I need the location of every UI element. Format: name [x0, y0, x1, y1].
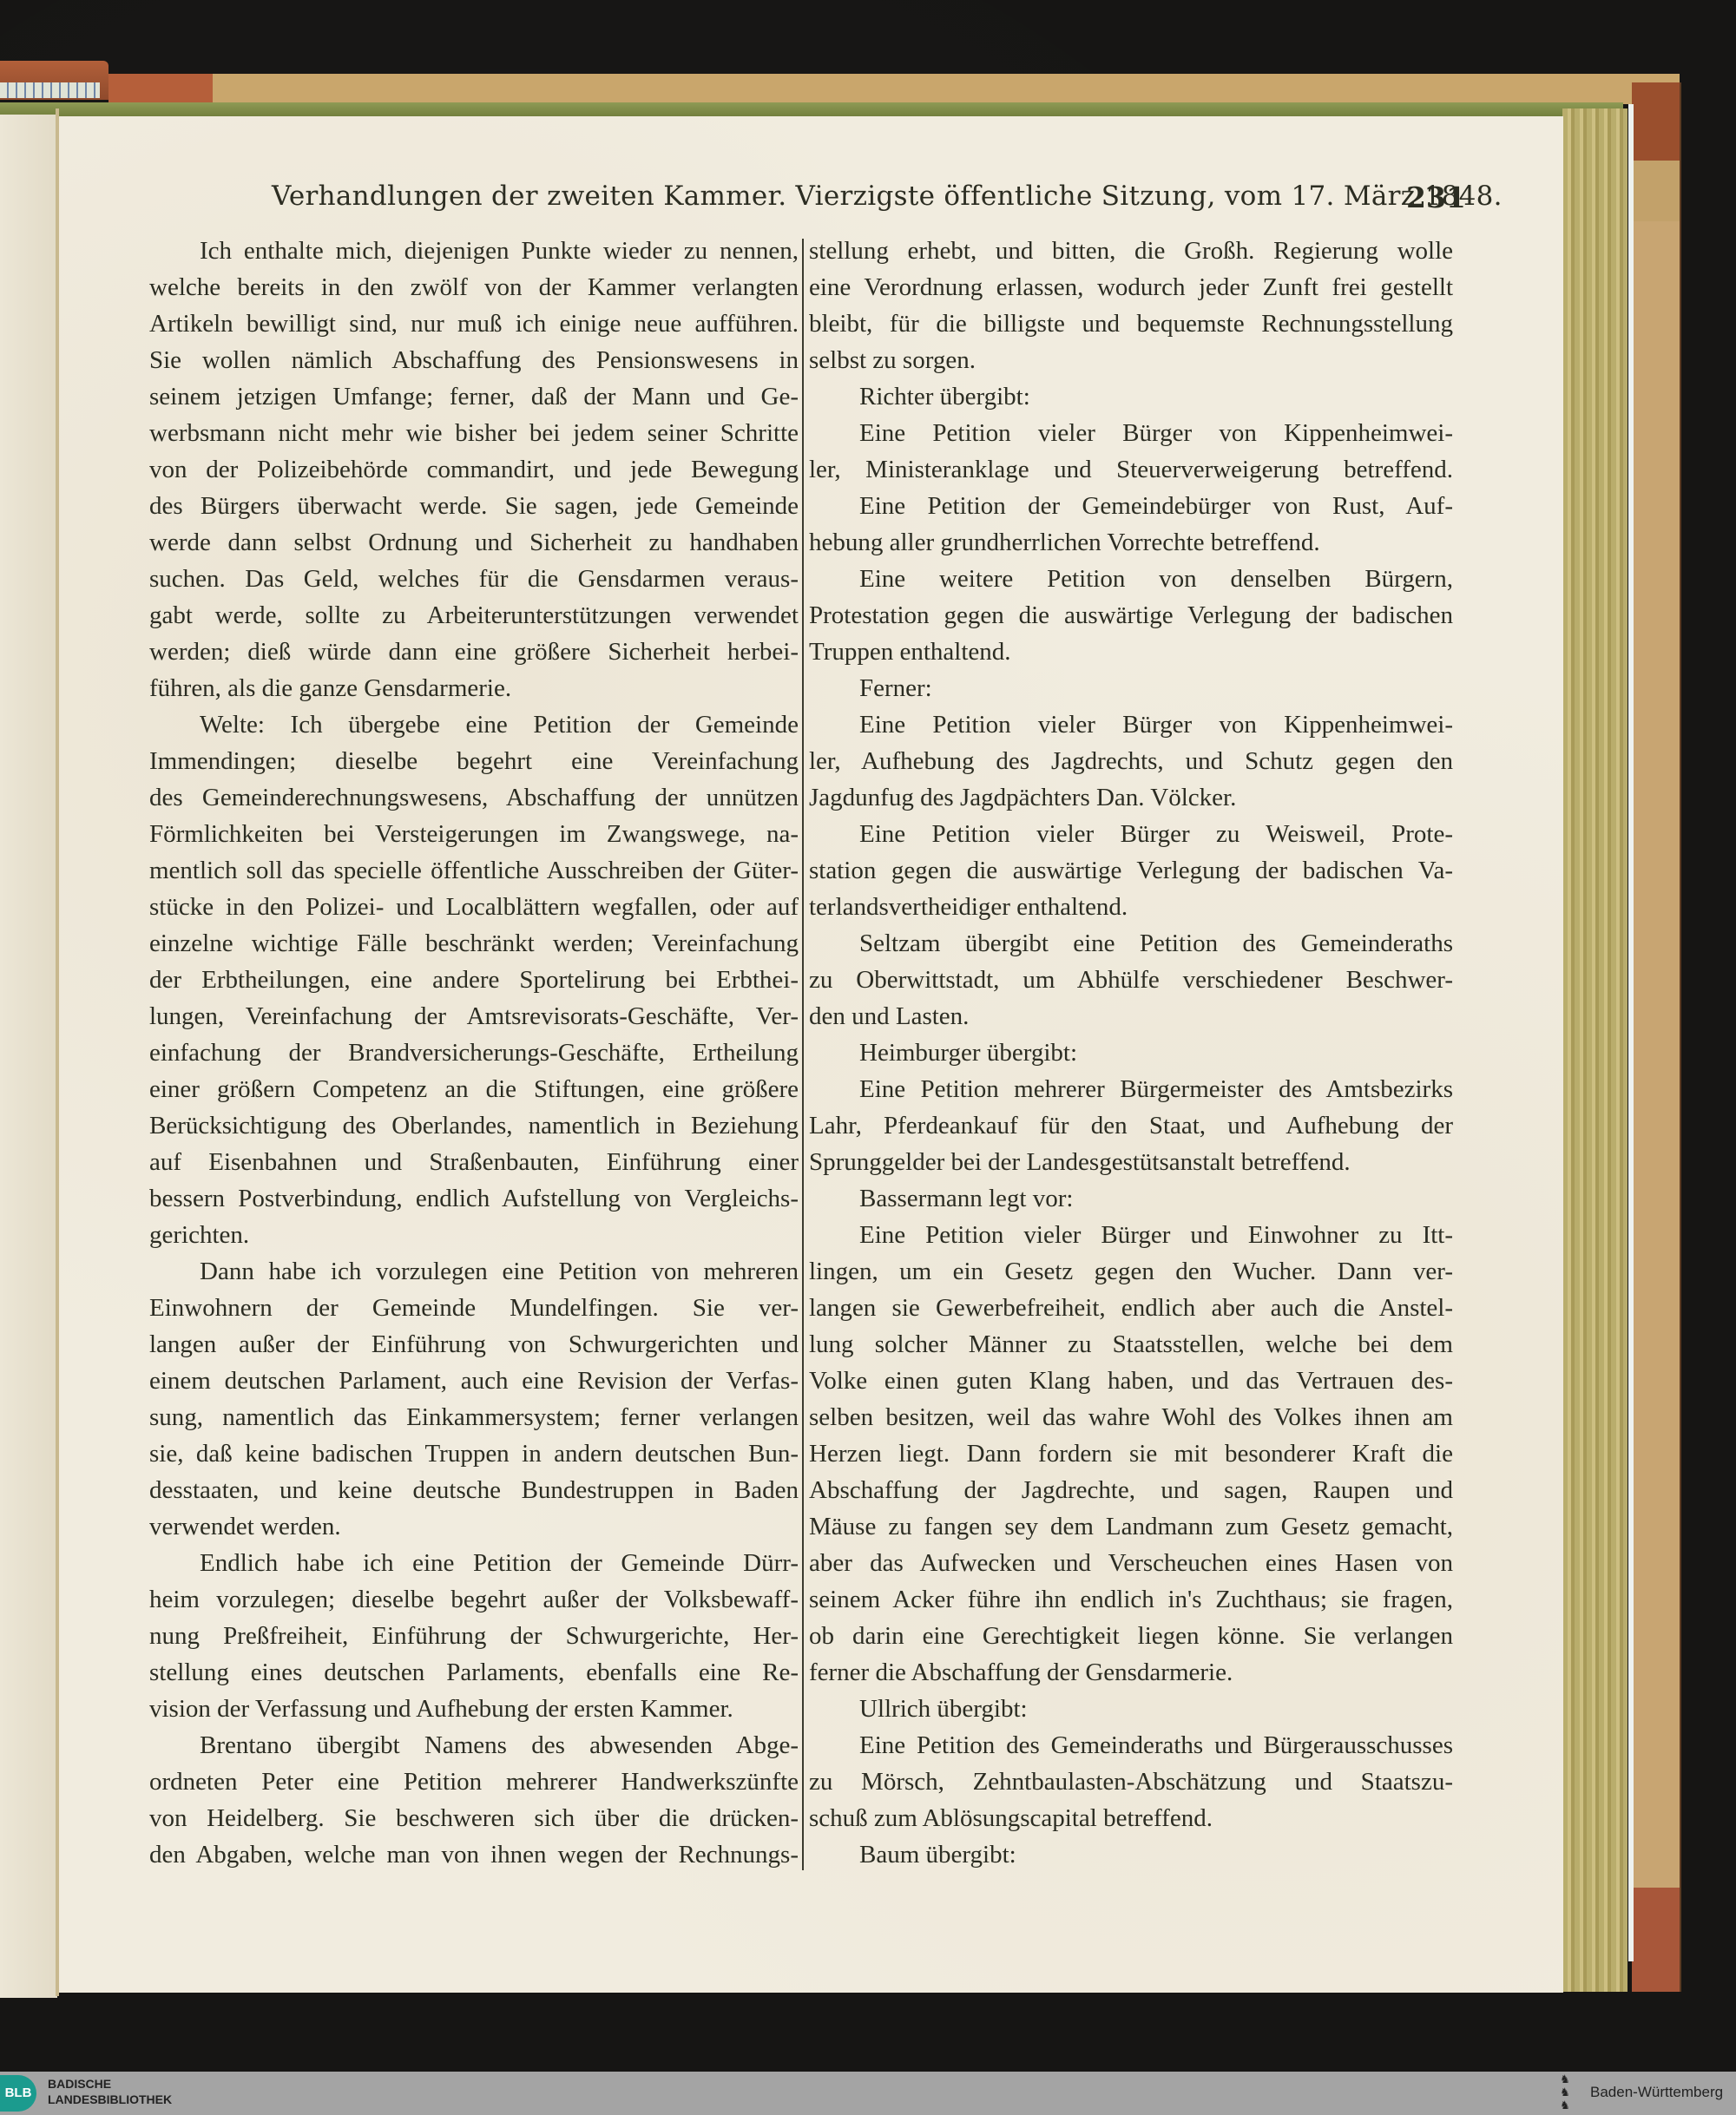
- text-line: selben besitzen, weil das wahre Wohl des…: [809, 1399, 1453, 1435]
- text-line: station gegen die auswärtige Verlegung d…: [809, 852, 1453, 889]
- text-line: sung, namentlich das Einkammersystem; fe…: [149, 1399, 799, 1435]
- text-line: Ich enthalte mich, diejenigen Punkte wie…: [149, 233, 799, 269]
- blb-logo-badge[interactable]: BLB: [0, 2075, 36, 2112]
- text-line: Eine Petition vieler Bürger zu Weisweil,…: [809, 816, 1453, 852]
- text-line: werden; dieß würde dann eine größere Sic…: [149, 634, 799, 670]
- text-line: Mäuse zu fangen sey dem Landmann zum Ges…: [809, 1508, 1453, 1545]
- text-line: gerichten.: [149, 1217, 799, 1253]
- text-line: desstaaten, und keine deutsche Bundestru…: [149, 1472, 799, 1508]
- text-line: ob darin eine Gerechtigkeit liegen könne…: [809, 1618, 1453, 1654]
- running-head: Verhandlungen der zweiten Kammer. Vierzi…: [272, 181, 1296, 212]
- text-line: lungen, Vereinfachung der Amtsrevisorats…: [149, 998, 799, 1035]
- text-line: Welte: Ich übergebe eine Petition der Ge…: [149, 706, 799, 743]
- viewer-footer-bar: [0, 2072, 1736, 2115]
- text-line: Ferner:: [809, 670, 1453, 706]
- text-line: Sie wollen nämlich Abschaffung des Pensi…: [149, 342, 799, 378]
- column-divider-rule: [802, 239, 804, 1870]
- text-line: Eine Petition vieler Bürger von Kippenhe…: [809, 415, 1453, 451]
- text-line: Eine Petition vieler Bürger und Einwohne…: [809, 1217, 1453, 1253]
- text-line: mentlich soll das specielle öffentliche …: [149, 852, 799, 889]
- text-line: Abschaffung der Jagdrechte, und sagen, R…: [809, 1472, 1453, 1508]
- text-line: nung Preßfreiheit, Einführung der Schwur…: [149, 1618, 799, 1654]
- text-line: einzelne wichtige Fälle beschränkt werde…: [149, 925, 799, 962]
- text-line: einfachung der Brandversicherungs-Geschä…: [149, 1035, 799, 1071]
- left-text-column: Ich enthalte mich, diejenigen Punkte wie…: [149, 233, 799, 1873]
- blb-logo-line2: LANDESBIBLIOTHEK: [48, 2092, 172, 2107]
- text-line: Dann habe ich vorzulegen eine Petition v…: [149, 1253, 799, 1290]
- text-line: sie, daß keine badischen Truppen in ande…: [149, 1435, 799, 1472]
- text-line: des Bürgers überwacht werde. Sie sagen, …: [149, 488, 799, 524]
- blb-logo-text[interactable]: BADISCHE LANDESBIBLIOTHEK: [48, 2076, 172, 2107]
- text-line: ferner die Abschaffung der Gensdarmerie.: [809, 1654, 1453, 1691]
- text-line: Einwohnern der Gemeinde Mundelfingen. Si…: [149, 1290, 799, 1326]
- text-line: von Heidelberg. Sie beschweren sich über…: [149, 1800, 799, 1836]
- text-line: Artikeln bewilligt sind, nur muß ich ein…: [149, 305, 799, 342]
- text-line: des Gemeinderechnungswesens, Abschaffung…: [149, 779, 799, 816]
- text-line: seinem jetzigen Umfange; ferner, daß der…: [149, 378, 799, 415]
- text-line: auf Eisenbahnen und Straßenbauten, Einfü…: [149, 1144, 799, 1180]
- text-line: hebung aller grundherrlichen Vorrechte b…: [809, 524, 1453, 561]
- text-line: ordneten Peter eine Petition mehrerer Ha…: [149, 1764, 799, 1800]
- text-line: werbsmann nicht mehr wie bisher bei jede…: [149, 415, 799, 451]
- page-block-fore-edge: [1562, 108, 1627, 1992]
- text-line: stücke in den Polizei- und Localblättern…: [149, 889, 799, 925]
- text-line: Bassermann legt vor:: [809, 1180, 1453, 1217]
- text-line: den und Lasten.: [809, 998, 1453, 1035]
- text-line: welche bereits in den zwölf von der Kamm…: [149, 269, 799, 305]
- text-line: Baum übergibt:: [809, 1836, 1453, 1873]
- text-line: stellung erhebt, und bitten, die Großh. …: [809, 233, 1453, 269]
- text-line: suchen. Das Geld, welches für die Gensda…: [149, 561, 799, 597]
- text-line: ler, Ministeranklage und Steuerverweiger…: [809, 451, 1453, 488]
- text-line: bleibt, für die billigste und bequemste …: [809, 305, 1453, 342]
- baden-wuerttemberg-logo-text[interactable]: Baden-Württemberg: [1590, 2084, 1723, 2101]
- facing-page-sliver: [0, 115, 57, 1998]
- text-line: heim vorzulegen; dieselbe begehrt außer …: [149, 1581, 799, 1618]
- text-line: ler, Aufhebung des Jagdrechts, und Schut…: [809, 743, 1453, 779]
- text-line: Herzen liegt. Dann fordern sie mit beson…: [809, 1435, 1453, 1472]
- text-line: Endlich habe ich eine Petition der Gemei…: [149, 1545, 799, 1581]
- text-line: Richter übergibt:: [809, 378, 1453, 415]
- text-line: einem deutschen Parlament, auch eine Rev…: [149, 1363, 799, 1399]
- text-line: Heimburger übergibt:: [809, 1035, 1453, 1071]
- text-line: zu Oberwittstadt, um Abhülfe verschieden…: [809, 962, 1453, 998]
- blb-logo-line1: BADISCHE: [48, 2076, 172, 2092]
- text-line: Volke einen guten Klang haben, und das V…: [809, 1363, 1453, 1399]
- text-line: lingen, um ein Gesetz gegen den Wucher. …: [809, 1253, 1453, 1290]
- text-line: der Erbtheilungen, eine andere Sportelir…: [149, 962, 799, 998]
- text-line: verwendet werden.: [149, 1508, 799, 1545]
- text-line: Eine weitere Petition von denselben Bürg…: [809, 561, 1453, 597]
- book-cover-top-edge: [108, 74, 1680, 104]
- text-line: werde dann selbst Ordnung und Sicherheit…: [149, 524, 799, 561]
- text-line: Eine Petition der Gemeindebürger von Rus…: [809, 488, 1453, 524]
- text-line: Berücksichtigung des Oberlandes, namentl…: [149, 1107, 799, 1144]
- text-line: Immendingen; dieselbe begehrt eine Verei…: [149, 743, 799, 779]
- text-line: seinem Acker führe ihn endlich in's Zuch…: [809, 1581, 1453, 1618]
- page-number: 231: [1406, 181, 1466, 214]
- text-line: langen sie Gewerbefreiheit, endlich aber…: [809, 1290, 1453, 1326]
- three-lions-coat-of-arms-icon: ♞♞♞: [1554, 2073, 1576, 2113]
- text-line: schuß zum Ablösungscapital betreffend.: [809, 1800, 1453, 1836]
- text-line: bessern Postverbindung, endlich Aufstell…: [149, 1180, 799, 1217]
- text-line: Seltzam übergibt eine Petition des Gemei…: [809, 925, 1453, 962]
- text-line: terlandsvertheidiger enthaltend.: [809, 889, 1453, 925]
- text-line: Förmlichkeiten bei Versteigerungen im Zw…: [149, 816, 799, 852]
- text-line: Ullrich übergibt:: [809, 1691, 1453, 1727]
- text-line: von der Polizeibehörde commandirt, und j…: [149, 451, 799, 488]
- text-line: Eine Petition mehrerer Bürgermeister des…: [809, 1071, 1453, 1107]
- book-cover-right-edge: [1632, 82, 1681, 1992]
- text-line: führen, als die ganze Gensdarmerie.: [149, 670, 799, 706]
- page-edge-highlight: [1628, 104, 1634, 1961]
- book-headband: [0, 82, 100, 98]
- text-line: stellung eines deutschen Parlaments, ebe…: [149, 1654, 799, 1691]
- text-line: zu Mörsch, Zehntbaulasten-Abschätzung un…: [809, 1764, 1453, 1800]
- text-line: Brentano übergibt Namens des abwesenden …: [149, 1727, 799, 1764]
- text-line: langen außer der Einführung von Schwurge…: [149, 1326, 799, 1363]
- text-line: eine Verordnung erlassen, wodurch jeder …: [809, 269, 1453, 305]
- text-line: lung solcher Männer zu Staatsstellen, we…: [809, 1326, 1453, 1363]
- text-line: aber das Aufwecken und Verscheuchen eine…: [809, 1545, 1453, 1581]
- text-line: Truppen enthaltend.: [809, 634, 1453, 670]
- text-line: gabt werde, sollte zu Arbeiterunterstütz…: [149, 597, 799, 634]
- text-line: vision der Verfassung und Aufhebung der …: [149, 1691, 799, 1727]
- text-line: Lahr, Pferdeankauf für den Staat, und Au…: [809, 1107, 1453, 1144]
- text-line: Protestation gegen die auswärtige Verleg…: [809, 597, 1453, 634]
- text-line: Eine Petition vieler Bürger von Kippenhe…: [809, 706, 1453, 743]
- text-line: einer größern Competenz an die Stiftunge…: [149, 1071, 799, 1107]
- text-line: Sprunggelder bei der Landesgestütsanstal…: [809, 1144, 1453, 1180]
- text-line: Eine Petition des Gemeinderaths und Bürg…: [809, 1727, 1453, 1764]
- text-line: den Abgaben, welche man von ihnen wegen …: [149, 1836, 799, 1873]
- text-line: selbst zu sorgen.: [809, 342, 1453, 378]
- text-line: Jagdunfug des Jagdpächters Dan. Völcker.: [809, 779, 1453, 816]
- right-text-column: stellung erhebt, und bitten, die Großh. …: [809, 233, 1453, 1873]
